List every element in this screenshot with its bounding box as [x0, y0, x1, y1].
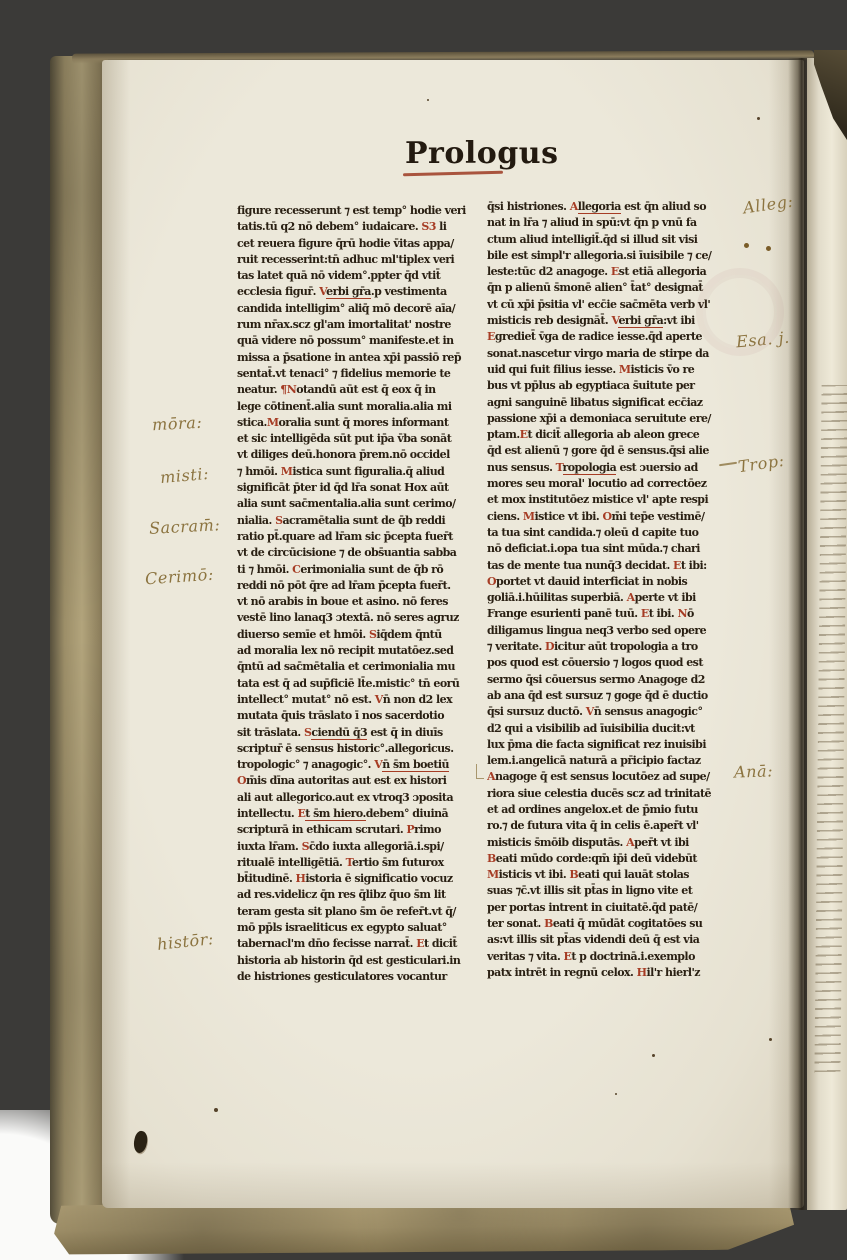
text-line: ⁊ veritate. Dicitur aūt tropologia a tro [487, 639, 739, 655]
text-line: ctum aliud intelligit̄.q̄d si illud sit … [487, 232, 739, 248]
text-line: lux p̄ma die facta significat rez inuisi… [487, 737, 739, 753]
text-line: figure recesserunt ⁊ est temp° hodie ver… [237, 203, 489, 219]
text-line: intellect° mutat° nō est. Vn̄ non d2 lex [237, 692, 489, 708]
text-line: misticis s̄mōib disputās. Aper̄t vt ibi [487, 835, 739, 851]
printed-text: vt diliges deū.honora p̄rem.nō occidel [237, 448, 450, 461]
printed-text: rimo [414, 823, 441, 836]
rubricated-text: E [673, 559, 681, 572]
text-line: tropologic° ⁊ anagogic°. Vn̄ s̄m boetiū [237, 757, 489, 773]
printed-text: ō [687, 607, 694, 620]
text-line: suas ⁊c̄.vt illis sit pt̄as in ligno vit… [487, 883, 739, 899]
text-line: nus sensus. Tropologia est ɔuersio ad [487, 460, 739, 476]
text-line: diligamus lingua neq3 verbo sed opere [487, 623, 739, 639]
printed-text: ertio s̄m futurox [352, 856, 444, 869]
rubricated-text: B [569, 868, 578, 881]
printed-text: nō deficiat.i.opa tua sint mūda.⁊ chari [487, 542, 700, 555]
printed-text: ecclesia figur̄. [237, 285, 319, 298]
rubricated-text: N [677, 607, 687, 620]
text-line: ab ana q̄d est sursuz ⁊ goge q̄d ē ducti… [487, 688, 739, 704]
rubricated-text: ¶N [280, 383, 296, 396]
text-line: ritualē intelligētiā. Tertio s̄m futurox [237, 855, 489, 871]
printed-text: perte vt ibi [635, 591, 696, 604]
rubricated-text: M [487, 868, 499, 881]
text-line: mutata q̄uis trāslato ī nos sacerdotio [237, 708, 489, 724]
text-line: lem.i.angelicā naturā a pr̄icipio factaz [487, 753, 739, 769]
text-line: pos quod est cōuersio ⁊ logos quod est [487, 655, 739, 671]
printed-text: ta tua sint candida.⁊ oleū d capite tuo [487, 526, 698, 539]
rubricated-text: S3 [421, 220, 436, 233]
ink-dot [744, 243, 749, 248]
rubricated-text: E [416, 937, 424, 950]
rubricated-text: V [586, 705, 594, 718]
printed-text: tata est q̄ ad sup̄ficiē lt̄e.mistic° tn… [237, 677, 459, 690]
text-line: ciens. Mistice vt ibi. Om̄i tep̄e vestim… [487, 509, 739, 525]
text-line: riora siue celestia ducēs scz ad trinita… [487, 786, 739, 802]
printed-text: tas de mente tua nunq̄3 decidat. [487, 559, 673, 572]
printed-text: ratio pt̄.quare ad lr̄am sic p̄cepta fue… [237, 530, 453, 543]
printed-text: tas latet quā nō videm°.ppter q̄d vtit̄ [237, 269, 440, 282]
foxing-speck [769, 1038, 772, 1041]
printed-text: sentat̄.vt tenaci° ⁊ fidelius memorie te [237, 367, 450, 380]
rubricated-text: A [487, 770, 495, 783]
printed-text: tropologic° ⁊ anagogic°. [237, 758, 374, 771]
printed-text: de histriones gesticulatores vocantur [237, 970, 447, 983]
text-line: ad moralia lex nō recipit mutatōez.sed [237, 643, 489, 659]
text-line: ad res.videlicz q̄n res q̄libz q̄uo s̄m … [237, 887, 489, 903]
text-line: scriptur̄ ē sensus historic°.allegoricus… [237, 741, 489, 757]
printed-text: per̄t vt ibi [634, 836, 689, 849]
printed-text: candida intelligim° aliq̄ mō decorē aīa/ [237, 302, 455, 315]
printed-text: .p vestimenta [371, 285, 447, 298]
text-line: tas latet quā nō videm°.ppter q̄d vtit̄ [237, 268, 489, 284]
rubricated-text: E [641, 607, 649, 620]
text-line: per portas intrent in ciuitatē.q̄d patē/ [487, 900, 739, 916]
printed-text: nialia. [237, 514, 275, 527]
printed-text: vt de circūcisione ⁊ de obs̄uantia sabba [237, 546, 456, 559]
printed-text: neatur. [237, 383, 280, 396]
printed-text: misticis reb designāt̄. [487, 314, 611, 327]
printed-text: vt nō arabis in boue et asino. nō feres [237, 595, 448, 608]
text-line: nat in lr̄a ⁊ aliud in spū:vt q̄n p vnū … [487, 215, 739, 231]
margin-annotation: mōra: [152, 413, 203, 435]
printed-text: ro.⁊ de futura vita q̄ in celis ē.aper̄t… [487, 819, 699, 832]
text-line: et ad ordines angelox.et de p̄mio futu [487, 802, 739, 818]
printed-text: missa a p̄satione in antea xp̄i passiō r… [237, 351, 461, 364]
printed-text: istica sunt figuralia.q̄ aliud [292, 465, 444, 478]
printed-text: goliā.i.hūilitas superbiā. [487, 591, 627, 604]
printed-text: ter sonat. [487, 917, 544, 930]
text-line: tatis.tū q2 nō debem° iudaicare. S3 li [237, 219, 489, 235]
printed-text: diuerso semīe et hmōi. [237, 628, 369, 641]
text-line: de histriones gesticulatores vocantur [237, 969, 489, 985]
printed-text: alia sunt sac̄mentalia.alia sunt cerimo/ [237, 497, 455, 510]
printed-text: Frange esurienti panē tuū. [487, 607, 641, 620]
printed-text: mores seu moral' locutio ad correctōez [487, 477, 706, 490]
printed-text: veritas ⁊ vita. [487, 950, 564, 963]
text-line: iuxta lr̄am. Sc̄do iuxta allegoriā.i.spi… [237, 839, 489, 855]
printed-text: t p doctrinā.i.exemplo [571, 950, 694, 963]
text-line: intellectu. Et s̄m hiero.debem° diuinā [237, 806, 489, 822]
printed-text: ctum aliud intelligit̄.q̄d si illud sit … [487, 233, 697, 246]
printed-text: li [436, 220, 447, 233]
text-line: cet reuera figure q̄rū hodie v̄itas appa… [237, 236, 489, 252]
text-line: et mox institutōez mistice vl' apte resp… [487, 492, 739, 508]
printed-text: as:vt illis sit pt̄as videndi deū q̄ est… [487, 933, 699, 946]
printed-text: q̄n p alienū s̄monē alien° t̄at° designa… [487, 281, 703, 294]
text-line: as:vt illis sit pt̄as videndi deū q̄ est… [487, 932, 739, 948]
text-line: d2 qui a visibilib ad īuisibilia ducit:v… [487, 721, 739, 737]
printed-text: ruit recesserint:tn̄ adhuc ml'tiplex ver… [237, 253, 454, 266]
printed-text: grediet̄ v̄ga de radice iesse.q̄d aperte [495, 330, 702, 343]
rubricated-text: P [406, 823, 414, 836]
text-line: sit trāslata. Sciendū q̄3 est q̄ in diuī… [237, 725, 489, 741]
printed-text: n̄ sensus anagogic° [594, 705, 703, 718]
printed-text: ali aut allegorico.aut ex vtroq3 ɔposita [237, 791, 453, 804]
text-line: ecclesia figur̄. Verbi gr̄a.p vestimenta [237, 284, 489, 300]
printed-text: isticis v̄o re [631, 363, 695, 376]
rubricated-text: H [637, 966, 647, 979]
printed-text: erbi gr̄a [618, 314, 663, 328]
printed-text: est ɔuersio ad [616, 461, 698, 474]
pen-bracket-before-anagoge [476, 764, 484, 779]
rubricated-text: O [487, 575, 496, 588]
text-line: ali aut allegorico.aut ex vtroq3 ɔposita [237, 790, 489, 806]
printed-text: :vt ibi [663, 314, 695, 327]
text-line: Beati mūdo corde:qm̄ ip̄i deū videbūt [487, 851, 739, 867]
rubricated-text: V [375, 693, 383, 706]
text-line: ptam.Et dicit̄ allegoria ab aleon grece [487, 427, 739, 443]
printed-text: t ibi: [681, 559, 707, 572]
printed-text: mō pp̄ls israeliticus ex egypto saluat° [237, 921, 447, 934]
printed-text: sit trāslata. [237, 726, 304, 739]
text-line: agni sanguinē libatus significat ecc̄iaz [487, 395, 739, 411]
printed-text: debem° diuinā [366, 807, 448, 820]
printed-text: et sic intelligēda sūt put ip̄a v̄ba son… [237, 432, 451, 445]
text-line: teram gesta sit plano s̄m ōe refer̄t.vt … [237, 904, 489, 920]
printed-text: pos quod est cōuersio ⁊ logos quod est [487, 656, 703, 669]
text-line: vt nō arabis in boue et asino. nō feres [237, 594, 489, 610]
printed-text: bt̄itudinē. [237, 872, 296, 885]
text-line: historia ab historin q̄d est gesticulari… [237, 953, 489, 969]
text-line: lege cōtinent̄.alia sunt moralia.alia mi [237, 399, 489, 415]
printed-text: sonat.nascetur virgo maria de stirpe da [487, 347, 709, 360]
rubricated-text: E [611, 265, 619, 278]
text-line: nō deficiat.i.opa tua sint mūda.⁊ chari [487, 541, 739, 557]
rubricated-text: A [627, 591, 635, 604]
printed-text: et mox institutōez mistice vl' apte resp… [487, 493, 708, 506]
text-line: mō pp̄ls israeliticus ex egypto saluat° [237, 920, 489, 936]
rubricated-text: S [302, 840, 309, 853]
printed-text: agni sanguinē libatus significat ecc̄iaz [487, 396, 703, 409]
text-line: Oportet vt dauid interficiat in nobis [487, 574, 739, 590]
foxing-speck [757, 117, 760, 120]
text-line: bile est simpl'r allegoria.si īuisibile … [487, 248, 739, 264]
printed-text: intellectu. [237, 807, 297, 820]
rubricated-text: H [296, 872, 306, 885]
text-line: ruit recesserint:tn̄ adhuc ml'tiplex ver… [237, 252, 489, 268]
text-line: rum nr̄ax.scz gl'am imortalitat' nostre [237, 317, 489, 333]
printed-text: ritualē intelligētiā. [237, 856, 346, 869]
text-line: Frange esurienti panē tuū. Et ibi. Nō [487, 606, 739, 622]
rubricated-text: B [544, 917, 553, 930]
foxing-speck [427, 99, 429, 101]
printed-text: q̄d est alienū ⁊ gore q̄d ē sensus.q̄si … [487, 444, 709, 457]
printed-text: rum nr̄ax.scz gl'am imortalitat' nostre [237, 318, 451, 331]
text-line: q̄si sursuz ductō. Vn̄ sensus anagogic° [487, 704, 739, 720]
printed-text: q̄si histriones. [487, 200, 570, 213]
printed-text: iuxta lr̄am. [237, 840, 302, 853]
printed-text: bus vt pp̄lus ab egyptiaca s̄uitute per [487, 379, 695, 392]
rubricated-text: O [237, 774, 246, 787]
text-line: reddi nō pōt q̄re ad lr̄am p̄cepta fuer̄… [237, 578, 489, 594]
printed-text: significāt p̄ter id q̄d lr̄a sonat Hox a… [237, 481, 449, 494]
printed-text: historia ab historin q̄d est gesticulari… [237, 954, 460, 967]
printed-text: patx intrēt in regnū celox. [487, 966, 637, 979]
printed-text: eati qui lauāt stolas [578, 868, 689, 881]
printed-text: m̄is dīna autoritas aut est ex histori [246, 774, 446, 787]
text-line: sentat̄.vt tenaci° ⁊ fidelius memorie te [237, 366, 489, 382]
printed-text: n̄ non d2 lex [383, 693, 452, 706]
printed-text: suas ⁊c̄.vt illis sit pt̄as in ligno vit… [487, 884, 692, 897]
text-line: veritas ⁊ vita. Et p doctrinā.i.exemplo [487, 949, 739, 965]
text-line: bus vt pp̄lus ab egyptiaca s̄uitute per [487, 378, 739, 394]
printed-text: ptam. [487, 428, 520, 441]
printed-text: tabernacl'm dn̄o fecisse narrat̄. [237, 937, 416, 950]
printed-text: figure recesserunt ⁊ est temp° hodie ver… [237, 204, 466, 217]
printed-text: m̄i tep̄e vestimē/ [611, 510, 704, 523]
printed-text: istice vt ibi. [535, 510, 603, 523]
vellum-cover-edge-left [50, 56, 108, 1224]
text-line: significāt p̄ter id q̄d lr̄a sonat Hox a… [237, 480, 489, 496]
printed-text: riora siue celestia ducēs scz ad trinita… [487, 787, 711, 800]
printed-text: ⁊ veritate. [487, 640, 545, 653]
printed-text: portet vt dauid interficiat in nobis [496, 575, 687, 588]
text-line: Misticis vt ibi. Beati qui lauāt stolas [487, 867, 739, 883]
rubricated-text: D [545, 640, 554, 653]
printed-text: istoria ē significatio vocuz [305, 872, 452, 885]
text-line: ro.⁊ de futura vita q̄ in celis ē.aper̄t… [487, 818, 739, 834]
rubricated-text: A [626, 836, 634, 849]
text-line: bt̄itudinē. Historia ē significatio vocu… [237, 871, 489, 887]
foxing-speck [615, 1093, 617, 1095]
margin-annotation: Anā: [734, 761, 774, 781]
printed-text: nagoge q̄ est sensus locutōez ad supe/ [495, 770, 710, 783]
rubricated-text: M [523, 510, 535, 523]
text-column-left: figure recesserunt ⁊ est temp° hodie ver… [237, 203, 489, 985]
printed-text: t ibi. [649, 607, 678, 620]
printed-text: est q̄ in diuīs [367, 726, 442, 739]
printed-text: q̄si sursuz ductō. [487, 705, 586, 718]
text-line: q̄si histriones. Allegoria est q̄n aliud… [487, 199, 739, 215]
printed-text: vt cū xp̄i p̄sitia vl' ecc̄ie sac̄mēta v… [487, 298, 710, 311]
text-line: goliā.i.hūilitas superbiā. Aperte vt ibi [487, 590, 739, 606]
printed-text: et ad ordines angelox.et de p̄mio futu [487, 803, 698, 816]
text-line: quā videre nō possum° manifeste.et in [237, 333, 489, 349]
rubricated-text: A [570, 200, 578, 213]
printed-text: ad res.videlicz q̄n res q̄libz q̄uo s̄m … [237, 888, 446, 901]
text-line: missa a p̄satione in antea xp̄i passiō r… [237, 350, 489, 366]
printed-text: stica. [237, 416, 267, 429]
printed-text: passione xp̄i a demoniaca seruitute ere/ [487, 412, 711, 425]
printed-text: cet reuera figure q̄rū hodie v̄itas appa… [237, 237, 454, 250]
rubricated-text: M [281, 465, 293, 478]
printed-text: ad moralia lex nō recipit mutatōez.sed [237, 644, 453, 657]
printed-text: erbi gr̄a [326, 285, 371, 299]
printed-text: t dicit̄ allegoria ab aleon grece [527, 428, 699, 441]
printed-text: ciens. [487, 510, 523, 523]
rubricated-text: E [487, 330, 495, 343]
printed-text: n̄ s̄m boetiū [382, 758, 449, 772]
page-heading: Prologus [405, 136, 558, 171]
printed-text: intellect° mutat° nō est. [237, 693, 375, 706]
printed-text: nus sensus. [487, 461, 556, 474]
margin-annotation: Sacram̄: [149, 515, 221, 538]
printed-text: eati mūdo corde:qm̄ ip̄i deū videbūt [496, 852, 697, 865]
printed-text: diligamus lingua neq3 verbo sed opere [487, 624, 706, 637]
text-line: Om̄is dīna autoritas aut est ex histori [237, 773, 489, 789]
text-line: stica.Moralia sunt q̄ mores informant [237, 415, 489, 431]
text-line: q̄ntū ad sac̄mētalia et cerimonialia mu [237, 659, 489, 675]
printed-text: erimonialia sunt de q̄b rō [300, 563, 443, 576]
printed-text: mutata q̄uis trāslato ī nos sacerdotio [237, 709, 444, 722]
printed-text: ciendū q̄3 [311, 726, 367, 740]
text-line: et sic intelligēda sūt put ip̄a v̄ba son… [237, 431, 489, 447]
printed-text: uid qui fuit filius iesse. [487, 363, 619, 376]
printed-text: misticis s̄mōib disputās. [487, 836, 626, 849]
text-line: neatur. ¶Notandū aūt est q̄ eox q̄ in [237, 382, 489, 398]
printed-text: reddi nō pōt q̄re ad lr̄am p̄cepta fuer̄… [237, 579, 450, 592]
printed-text: bile est simpl'r allegoria.si īuisibile … [487, 249, 711, 262]
printed-text: ab ana q̄d est sursuz ⁊ goge q̄d ē ducti… [487, 689, 708, 702]
text-line: tata est q̄ ad sup̄ficiē lt̄e.mistic° tn… [237, 676, 489, 692]
text-line: patx intrēt in regnū celox. Hil'r hierl'… [487, 965, 739, 981]
printed-text: lege cōtinent̄.alia sunt moralia.alia mi [237, 400, 451, 413]
printed-text: est q̄n aliud so [621, 200, 706, 213]
printed-text: q̄ntū ad sac̄mētalia et cerimonialia mu [237, 660, 455, 673]
printed-text: otandū aūt est q̄ eox q̄ in [296, 383, 435, 396]
text-line: candida intelligim° aliq̄ mō decorē aīa/ [237, 301, 489, 317]
printed-text: t s̄m hiero. [305, 807, 365, 821]
foxing-speck [652, 1054, 655, 1057]
text-line: alia sunt sac̄mentalia.alia sunt cerimo/ [237, 496, 489, 512]
printed-text: sermo q̄si cōuersus sermo Anagoge d2 [487, 673, 705, 686]
rubricated-text: M [267, 416, 279, 429]
rubricated-text: B [487, 852, 496, 865]
text-line: uid qui fuit filius iesse. Misticis v̄o … [487, 362, 739, 378]
printed-text: per portas intrent in ciuitatē.q̄d patē/ [487, 901, 697, 914]
text-line: passione xp̄i a demoniaca seruitute ere/ [487, 411, 739, 427]
printed-text: isticis vt ibi. [499, 868, 570, 881]
text-line: nialia. Sacramētalia sunt de q̄b reddi [237, 513, 489, 529]
rubricated-text: T [556, 461, 563, 474]
printed-text: ⁊ hmōi. [237, 465, 281, 478]
text-line: tas de mente tua nunq̄3 decidat. Et ibi: [487, 558, 739, 574]
text-line: mores seu moral' locutio ad correctōez [487, 476, 739, 492]
printed-text: t dicit̄ [424, 937, 457, 950]
text-line: leste:tūc d2 anagoge. Est etiā allegoria [487, 264, 739, 280]
foxing-speck [214, 1108, 218, 1112]
text-line: ⁊ hmōi. Mistica sunt figuralia.q̄ aliud [237, 464, 489, 480]
printed-text: lem.i.angelicā naturā a pr̄icipio factaz [487, 754, 701, 767]
printed-text: nat in lr̄a ⁊ aliud in spū:vt q̄n p vnū … [487, 216, 697, 229]
printed-text: acramētalia sunt de q̄b reddi [282, 514, 445, 527]
text-line: scripturā in ethicam scrutari. Primo [237, 822, 489, 838]
text-line: ta tua sint candida.⁊ oleū d capite tuo [487, 525, 739, 541]
printed-text: scripturā in ethicam scrutari. [237, 823, 406, 836]
text-line: Anagoge q̄ est sensus locutōez ad supe/ [487, 769, 739, 785]
printed-text: tatis.tū q2 nō debem° iudaicare. [237, 220, 421, 233]
printed-text: lux p̄ma die facta significat rez inuisi… [487, 738, 706, 751]
printed-text: c̄do iuxta allegoriā.i.spi/ [309, 840, 444, 853]
printed-text: oralia sunt q̄ mores informant [278, 416, 448, 429]
printed-text: leste:tūc d2 anagoge. [487, 265, 611, 278]
text-line: vestē lino lanaq3 ɔtextā. nō seres agruz [237, 610, 489, 626]
printed-text: il'r hierl'z [646, 966, 700, 979]
printed-text: teram gesta sit plano s̄m ōe refer̄t.vt … [237, 905, 456, 918]
text-line: sonat.nascetur virgo maria de stirpe da [487, 346, 739, 362]
text-line: ter sonat. Beati q̄ mūdāt cogitatōes su [487, 916, 739, 932]
blind-stamp [696, 268, 784, 356]
text-line: diuerso semīe et hmōi. Siq̄dem q̄ntū [237, 627, 489, 643]
printed-text: st etiā allegoria [619, 265, 707, 278]
rubricated-text: M [619, 363, 631, 376]
printed-text: quā videre nō possum° manifeste.et in [237, 334, 454, 347]
printed-text: scriptur̄ ē sensus historic°.allegoricus… [237, 742, 453, 755]
photograph-background: Prologus figure recesserunt ⁊ est temp° … [0, 0, 847, 1260]
printed-text: llegoria [578, 200, 621, 214]
text-line: vt de circūcisione ⁊ de obs̄uantia sabba [237, 545, 489, 561]
text-line: sermo q̄si cōuersus sermo Anagoge d2 [487, 672, 739, 688]
text-line: tabernacl'm dn̄o fecisse narrat̄. Et dic… [237, 936, 489, 952]
printed-text: eati q̄ mūdāt cogitatōes su [553, 917, 703, 930]
printed-text: icitur aūt tropologia a tro [554, 640, 698, 653]
text-line: ti ⁊ hmōi. Cerimonialia sunt de q̄b rō [237, 562, 489, 578]
printed-text: ropologia [563, 461, 617, 475]
printed-text: ti ⁊ hmōi. [237, 563, 292, 576]
printed-text: d2 qui a visibilib ad īuisibilia ducit:v… [487, 722, 695, 735]
printed-text: vestē lino lanaq3 ɔtextā. nō seres agruz [237, 611, 459, 624]
text-line: vt diliges deū.honora p̄rem.nō occidel [237, 447, 489, 463]
ink-dot [766, 246, 771, 251]
text-line: ratio pt̄.quare ad lr̄am sic p̄cepta fue… [237, 529, 489, 545]
printed-text: iq̄dem q̄ntū [376, 628, 441, 641]
text-line: q̄d est alienū ⁊ gore q̄d ē sensus.q̄si … [487, 443, 739, 459]
